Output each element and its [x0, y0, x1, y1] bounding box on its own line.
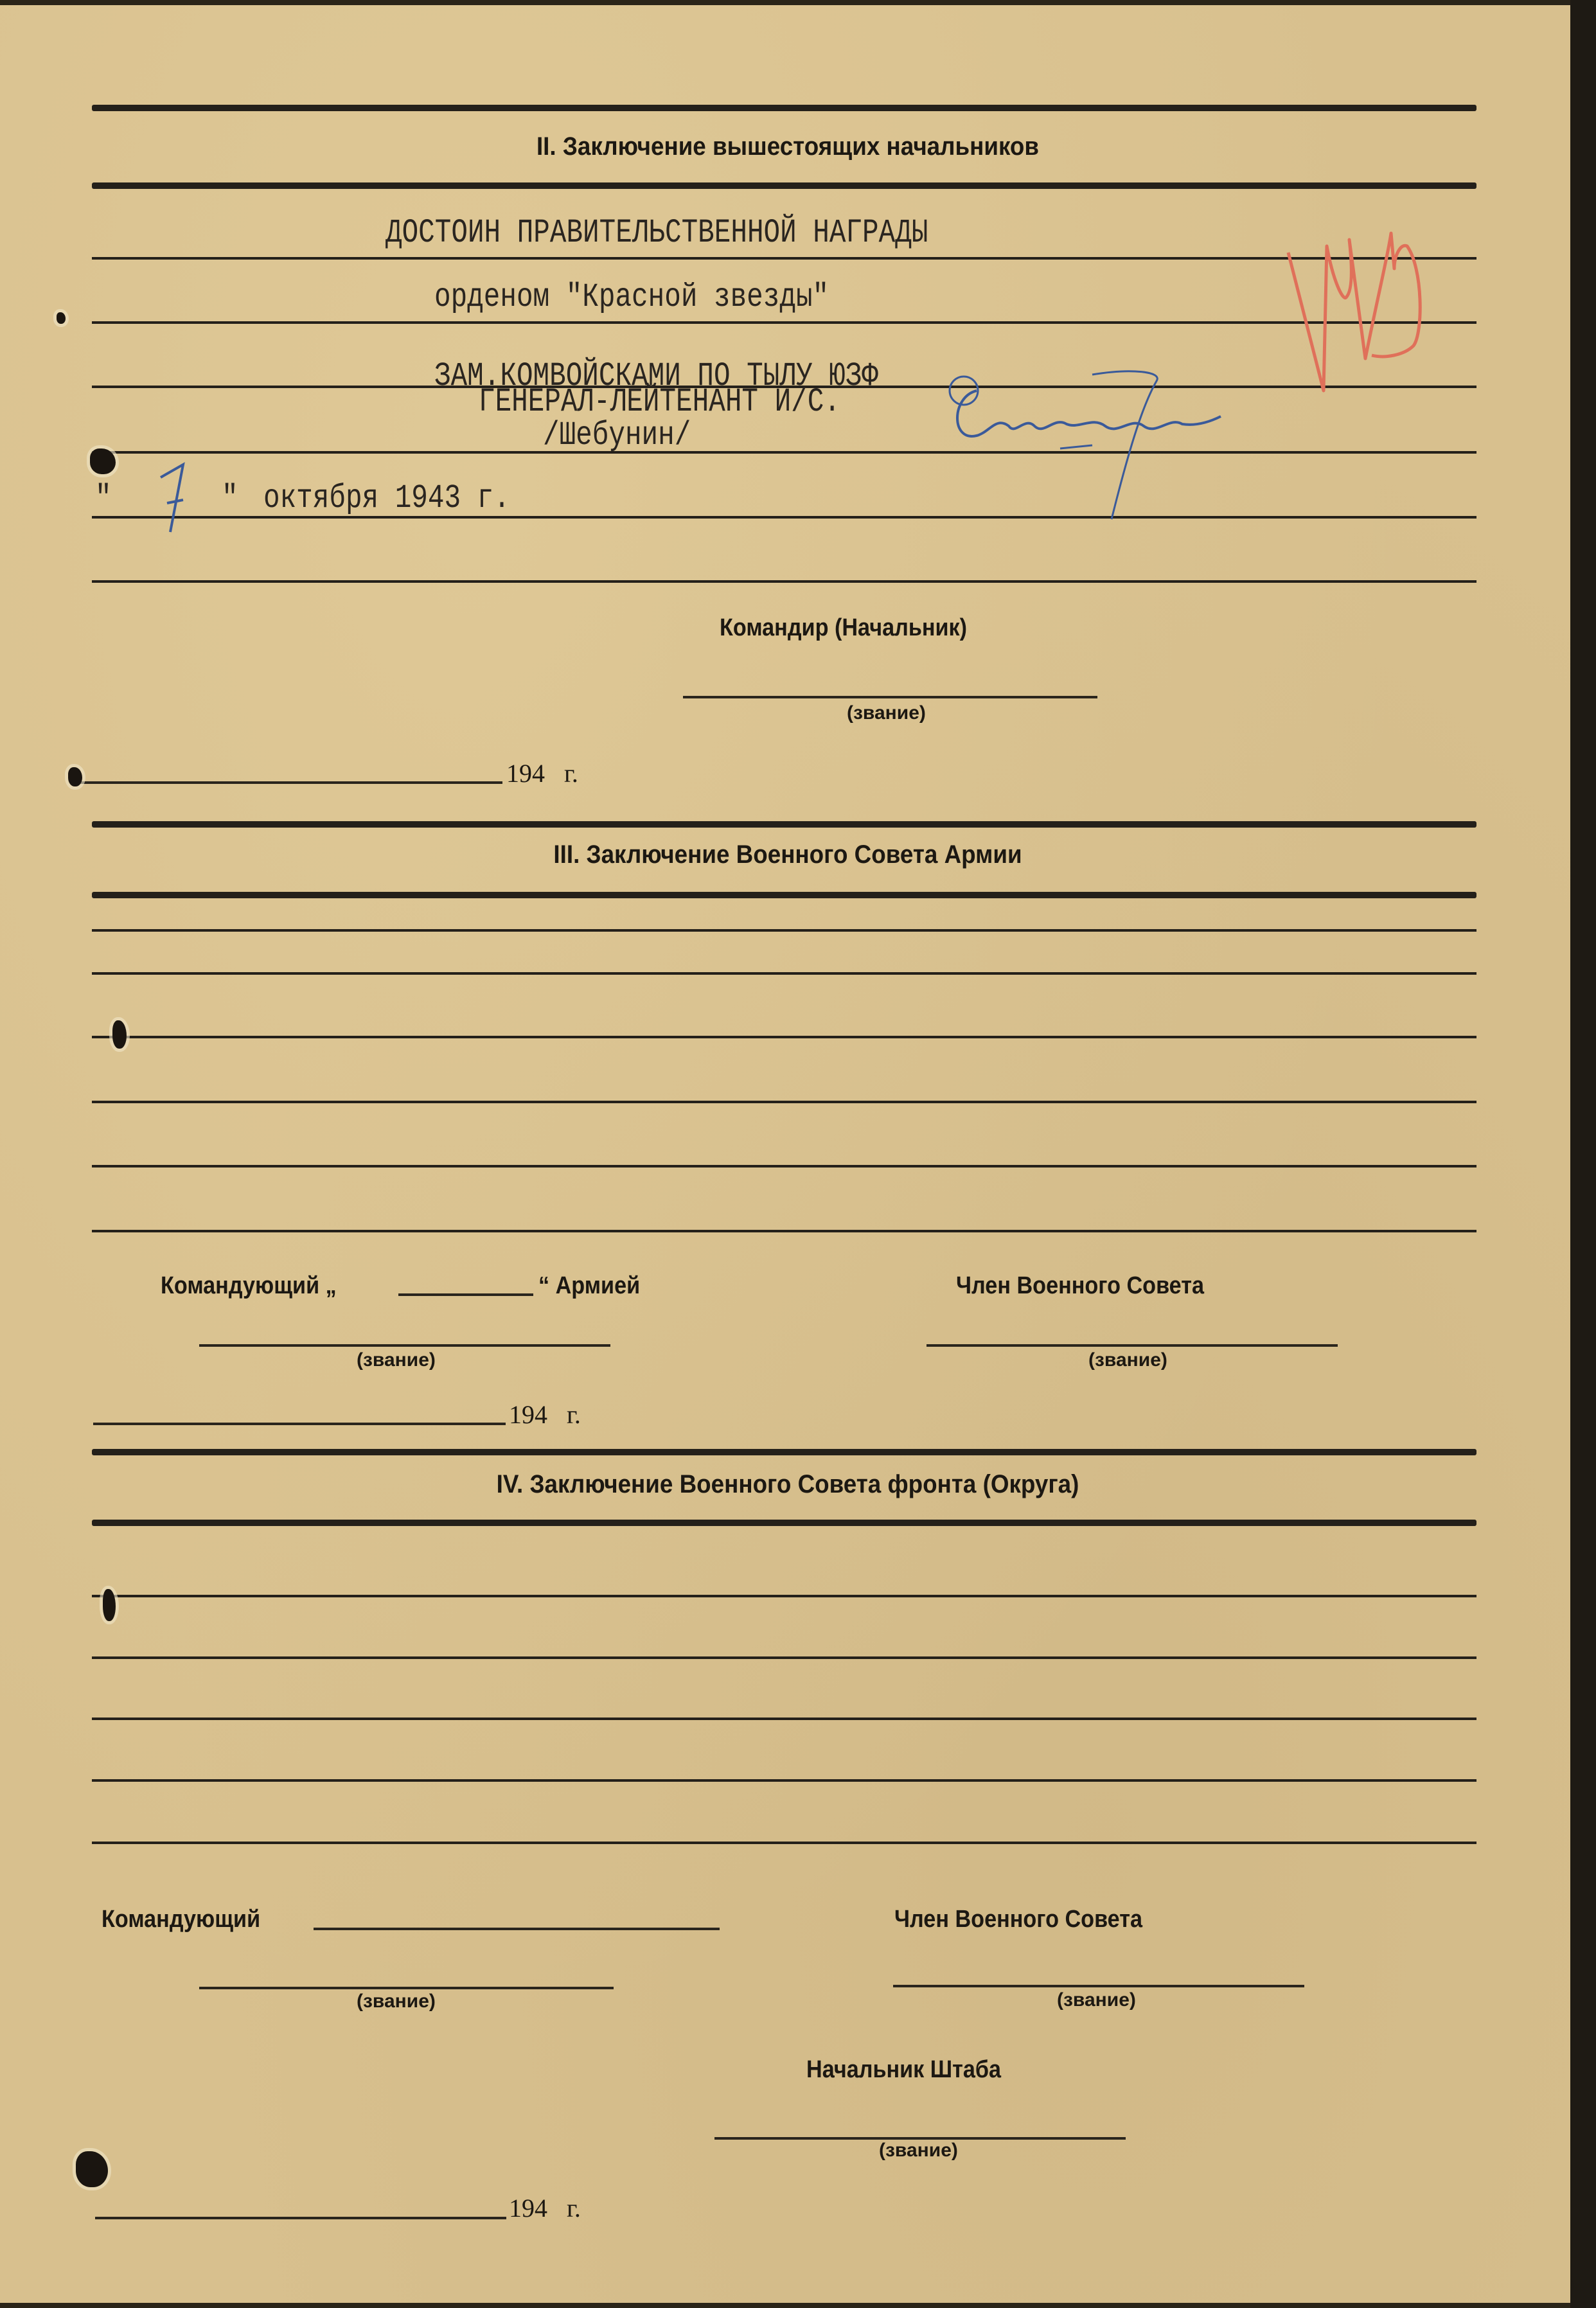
year-suffix: 194 г.: [506, 758, 578, 788]
form-line: [92, 321, 1476, 324]
front-commander-label: Командующий: [102, 1906, 260, 1933]
rank-signature-line: [893, 1985, 1304, 1987]
red-handwritten-mark-icon: [1282, 230, 1436, 404]
section-divider: [92, 821, 1476, 828]
form-line: [92, 257, 1476, 260]
section-4-heading: IV. Заключение Военного Совета фронта (О…: [63, 1470, 1512, 1499]
rank-caption: (звание): [847, 702, 926, 724]
section-divider: [92, 105, 1476, 111]
rank-signature-line: [927, 1344, 1338, 1347]
form-line: [92, 1656, 1476, 1659]
year-suffix: 194 г.: [509, 2193, 581, 2223]
rank-signature-line: [683, 696, 1097, 698]
form-line: [92, 1779, 1476, 1782]
army-commander-label-prefix: Командующий „: [161, 1272, 337, 1300]
form-line: [92, 580, 1476, 583]
date-close-quote: ": [222, 479, 238, 517]
punch-hole-icon: [112, 1020, 127, 1049]
form-line: [92, 1842, 1476, 1844]
rank-caption: (звание): [1088, 1349, 1167, 1371]
punch-hole-icon: [76, 2151, 108, 2187]
form-line: [92, 1230, 1476, 1232]
section-divider: [92, 182, 1476, 189]
document-page: II. Заключение вышестоящих начальников Д…: [0, 5, 1575, 2303]
rank-signature-line: [199, 1987, 614, 1989]
form-line: [92, 929, 1476, 932]
punch-hole-icon: [57, 312, 66, 324]
signer-name-text: /Шебунин/: [543, 416, 691, 454]
chief-of-staff-label: Начальник Штаба: [806, 2056, 1001, 2084]
form-line: [92, 1165, 1476, 1167]
front-commander-blank: [314, 1928, 720, 1930]
award-order-text: орденом "Красной звезды": [434, 278, 829, 316]
date-open-quote: ": [95, 479, 112, 517]
punch-hole-icon: [90, 448, 116, 474]
punch-hole-icon: [68, 767, 82, 786]
signature-icon: [938, 365, 1298, 526]
award-recommendation-text: ДОСТОИН ПРАВИТЕЛЬСТВЕННОЙ НАГРАДЫ: [386, 214, 928, 252]
section-divider: [92, 1449, 1476, 1455]
commander-label: Командир (Начальник): [720, 614, 967, 642]
form-line: [92, 1101, 1476, 1103]
rank-caption: (звание): [1057, 1989, 1136, 2011]
form-line: [92, 1036, 1476, 1038]
council-member-label: Член Военного Совета: [894, 1906, 1142, 1933]
army-commander-label-suffix: “ Армией: [538, 1272, 640, 1300]
date-blank-line: [95, 2217, 506, 2219]
rank-caption: (звание): [357, 1991, 436, 2012]
council-member-label: Член Военного Совета: [956, 1272, 1204, 1300]
section-2-heading: II. Заключение вышестоящих начальников: [63, 132, 1512, 161]
year-suffix: 194 г.: [509, 1399, 581, 1430]
date-blank-line: [72, 781, 502, 784]
form-line: [92, 1718, 1476, 1720]
form-line: [92, 1595, 1476, 1597]
date-blank-line: [93, 1423, 506, 1425]
section-divider: [92, 1520, 1476, 1526]
section-3-heading: III. Заключение Военного Совета Армии: [63, 840, 1512, 869]
handwritten-day-icon: [157, 458, 196, 535]
army-number-blank: [398, 1293, 533, 1296]
scan-border: [1570, 0, 1596, 2308]
section-divider: [92, 892, 1476, 898]
rank-caption: (звание): [357, 1349, 436, 1371]
rank-caption: (звание): [879, 2140, 958, 2162]
rank-signature-line: [199, 1344, 610, 1347]
form-line: [92, 972, 1476, 975]
date-month-year: октября 1943 г.: [263, 479, 510, 517]
punch-hole-icon: [103, 1589, 116, 1621]
signer-rank-text: ГЕНЕРАЛ-ЛЕЙТЕНАНТ И/С.: [479, 383, 840, 421]
